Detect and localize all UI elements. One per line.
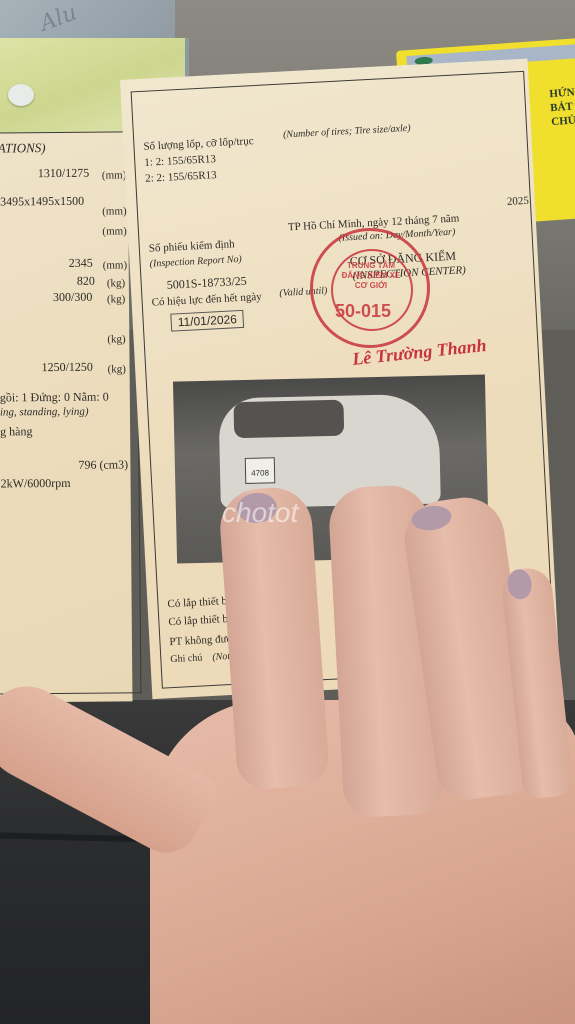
official-red-stamp: TRUNG TÂM ĐĂNG KIỂM XE CƠ GIỚI 50-015: [310, 228, 430, 348]
watermark: chotot: [222, 497, 298, 529]
valid-until-date: 11/01/2026: [170, 310, 244, 332]
certificate-left-page: ATIONS) 1310/1275 (mm) 3495x1495x1500 (m…: [0, 131, 132, 702]
license-plate: 4708: [245, 457, 276, 484]
